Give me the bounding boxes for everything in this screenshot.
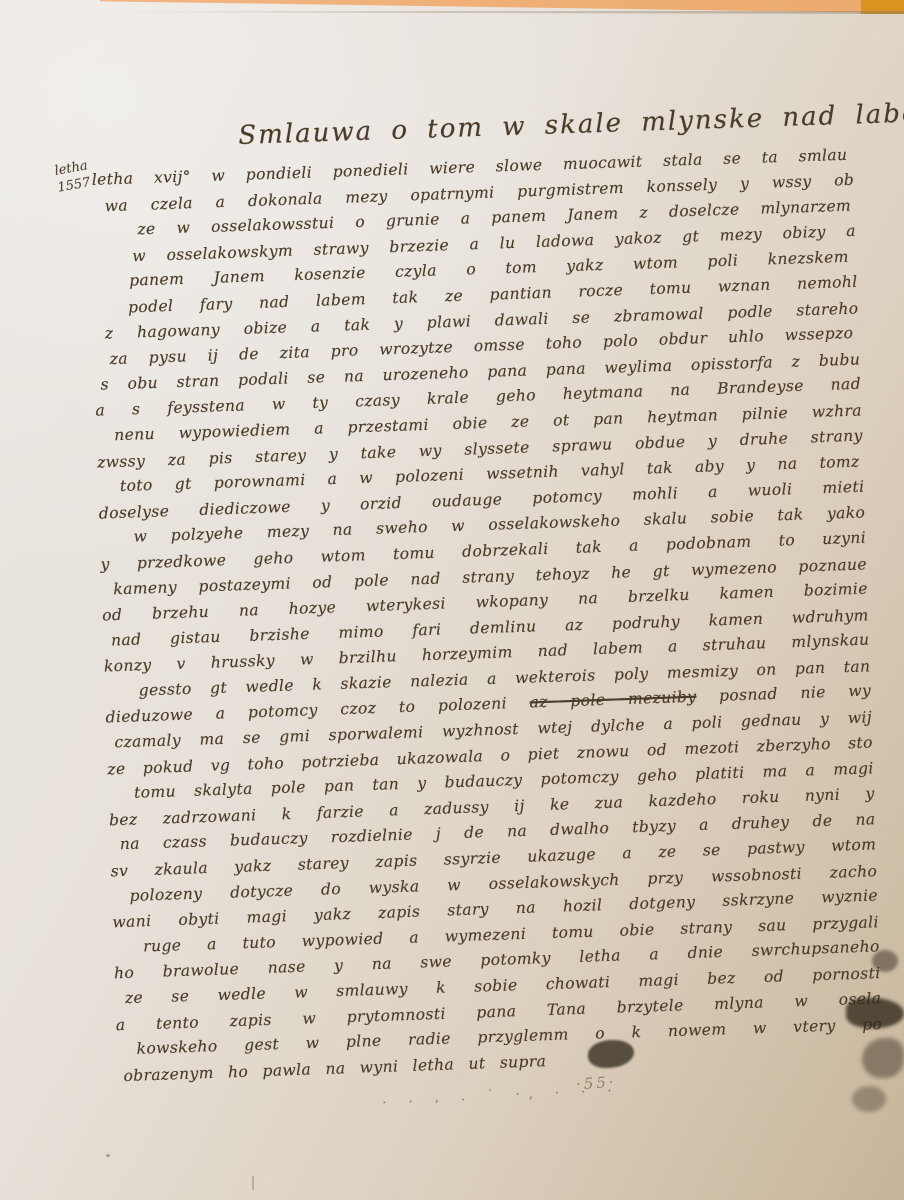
line-segment: posnad nie wy [719, 682, 872, 705]
paper-speck [252, 1176, 254, 1190]
ink-blot [846, 998, 904, 1028]
manuscript-photo: letha 1557 Smlauwa o tom w skale mlynske… [0, 0, 904, 1200]
ink-smudge [852, 1086, 886, 1112]
ink-smudge [872, 950, 898, 972]
struck-through-words: az pole mezuiby [529, 688, 696, 712]
manuscript-title: Smlauwa o tom w skale mlynske nad labem [238, 101, 853, 151]
paper-speck [106, 1154, 110, 1157]
margin-date-note: letha 1557 [53, 157, 92, 196]
trailing-ink-dots: . . , . ˙ ·, · · · [382, 1084, 621, 1107]
handwritten-text-block: Smlauwa o tom w skale mlynske nad labem … [86, 101, 884, 1089]
ink-smudge [862, 1038, 904, 1078]
paper-top-edge-shadow [100, 11, 904, 14]
